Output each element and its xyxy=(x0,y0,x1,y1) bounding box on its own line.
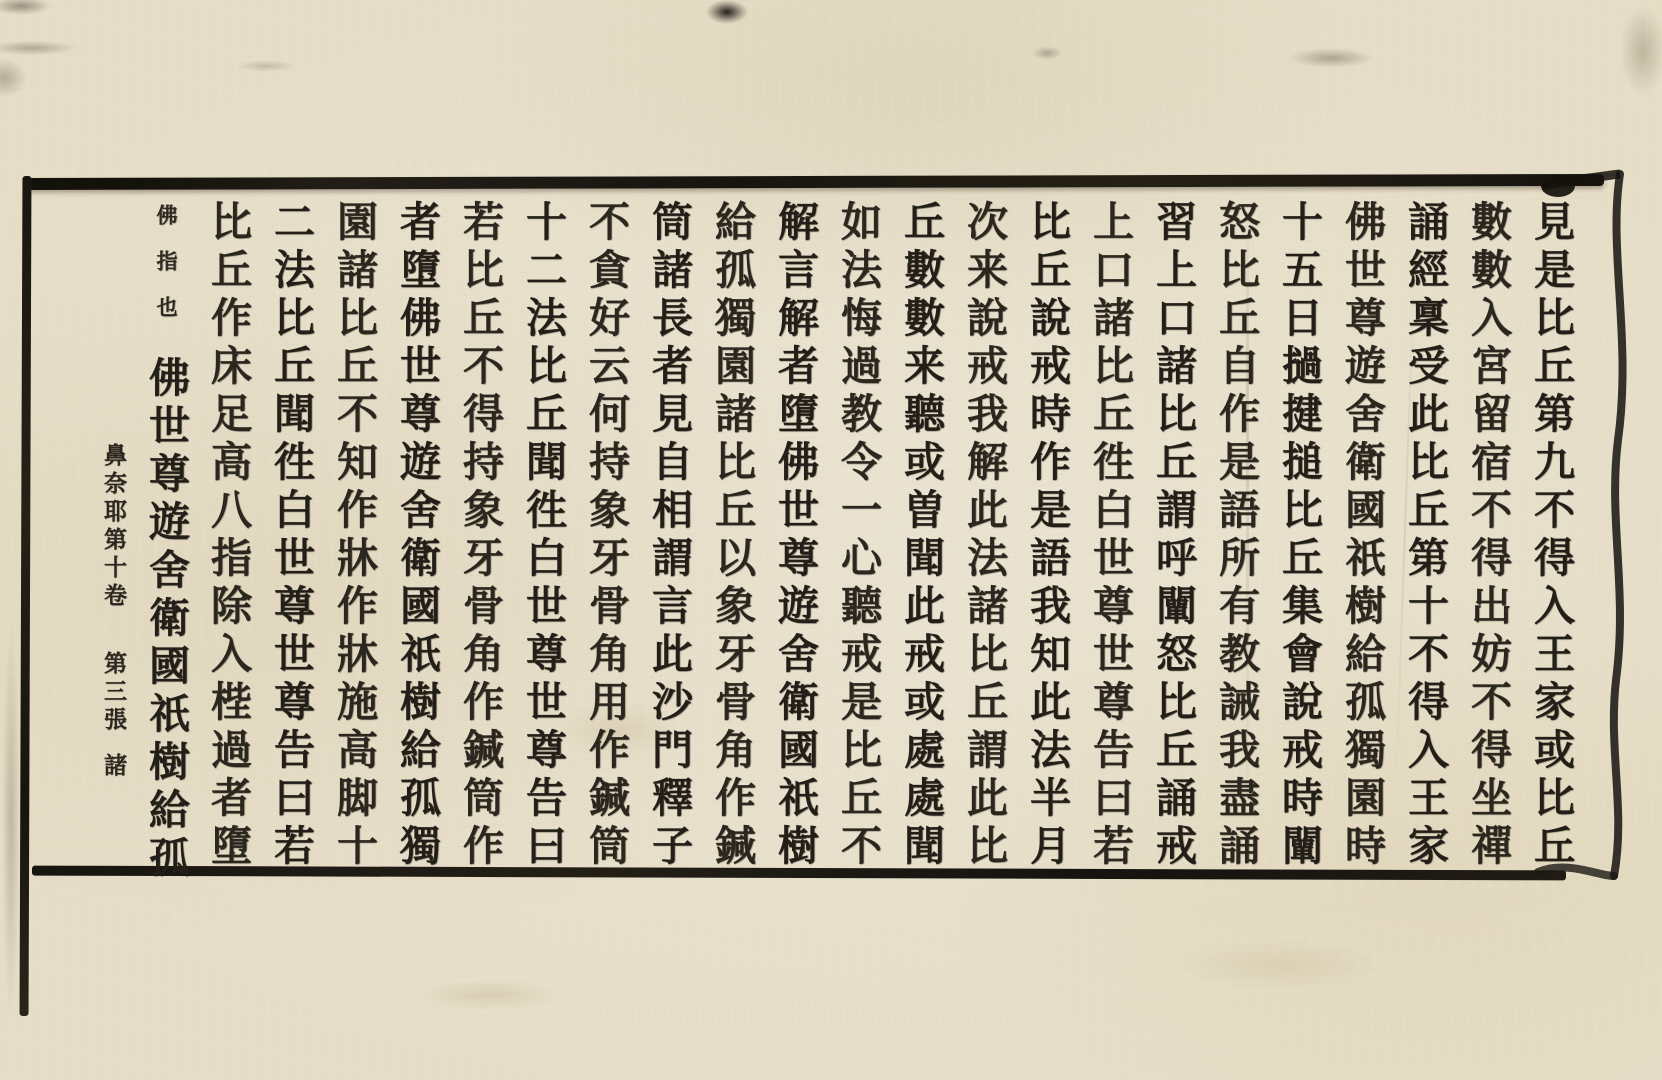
last-column-text: 佛世尊遊舍衛國祇樹給孤 xyxy=(142,356,190,884)
text-block: 見是比丘第九不得入王家或比丘數數入宮留宿不得出妨不得坐禪誦經稟受此比丘第十不得入… xyxy=(36,200,1582,876)
text-column: 園諸比丘不知作牀作牀施高脚十 xyxy=(322,200,385,876)
text-column: 十五日撾揵搥比丘集會說戒時闡 xyxy=(1267,200,1330,876)
text-column: 丘數數来聽或曽聞此戒或處處聞 xyxy=(889,200,952,876)
text-column: 給孤獨園諸比丘以象牙骨角作鍼 xyxy=(700,200,763,876)
scroll-title: 鼻奈耶第十卷 xyxy=(100,443,127,611)
text-column: 數數入宮留宿不得出妨不得坐禪 xyxy=(1456,200,1519,876)
side-note-column: 鼻奈耶第十卷第三張諸 xyxy=(90,200,136,876)
text-column: 二法比丘聞徃白世尊世尊告曰若 xyxy=(259,200,322,876)
text-column: 習上口諸比丘謂呼闡怒比丘誦戒 xyxy=(1141,200,1204,876)
interlinear-gloss: 佛指也 xyxy=(154,204,179,342)
text-column: 筒諸長者見自相謂言此沙門釋子 xyxy=(637,200,700,876)
text-column: 十二法比丘聞徃白世尊世尊告曰 xyxy=(511,200,574,876)
text-column: 怒比丘自作是語所有教誡我盡誦 xyxy=(1204,200,1267,876)
text-column: 見是比丘第九不得入王家或比丘 xyxy=(1519,200,1582,876)
text-column: 者墮佛世尊遊舍衛國祇樹給孤獨 xyxy=(385,200,448,876)
text-column: 上口諸比丘徃白世尊世尊告曰若 xyxy=(1078,200,1141,876)
text-column: 次来說戒我解此法諸比丘謂此比 xyxy=(952,200,1015,876)
text-column: 不貪好云何持象牙骨角用作鍼筒 xyxy=(574,200,637,876)
text-column: 若比丘不得持象牙骨角作鍼筒作 xyxy=(448,200,511,876)
sheet-number: 第三張 xyxy=(100,651,127,735)
collation-mark: 諸 xyxy=(100,753,127,781)
text-column: 誦經稟受此比丘第十不得入王家 xyxy=(1393,200,1456,876)
text-column: 比丘說戒時作是語我知此法半月 xyxy=(1015,200,1078,876)
text-column: 佛世尊遊舍衛國祇樹給孤獨園時 xyxy=(1330,200,1393,876)
text-column: 比丘作床足高八指除入梐過者墮 xyxy=(196,200,259,876)
text-column: 解言解者墮佛世尊遊舍衛國祇樹 xyxy=(763,200,826,876)
text-column: 如法悔過教令一心聽戒是比丘不 xyxy=(826,200,889,876)
text-column-last: 佛指也佛世尊遊舍衛國祇樹給孤 xyxy=(136,200,196,876)
